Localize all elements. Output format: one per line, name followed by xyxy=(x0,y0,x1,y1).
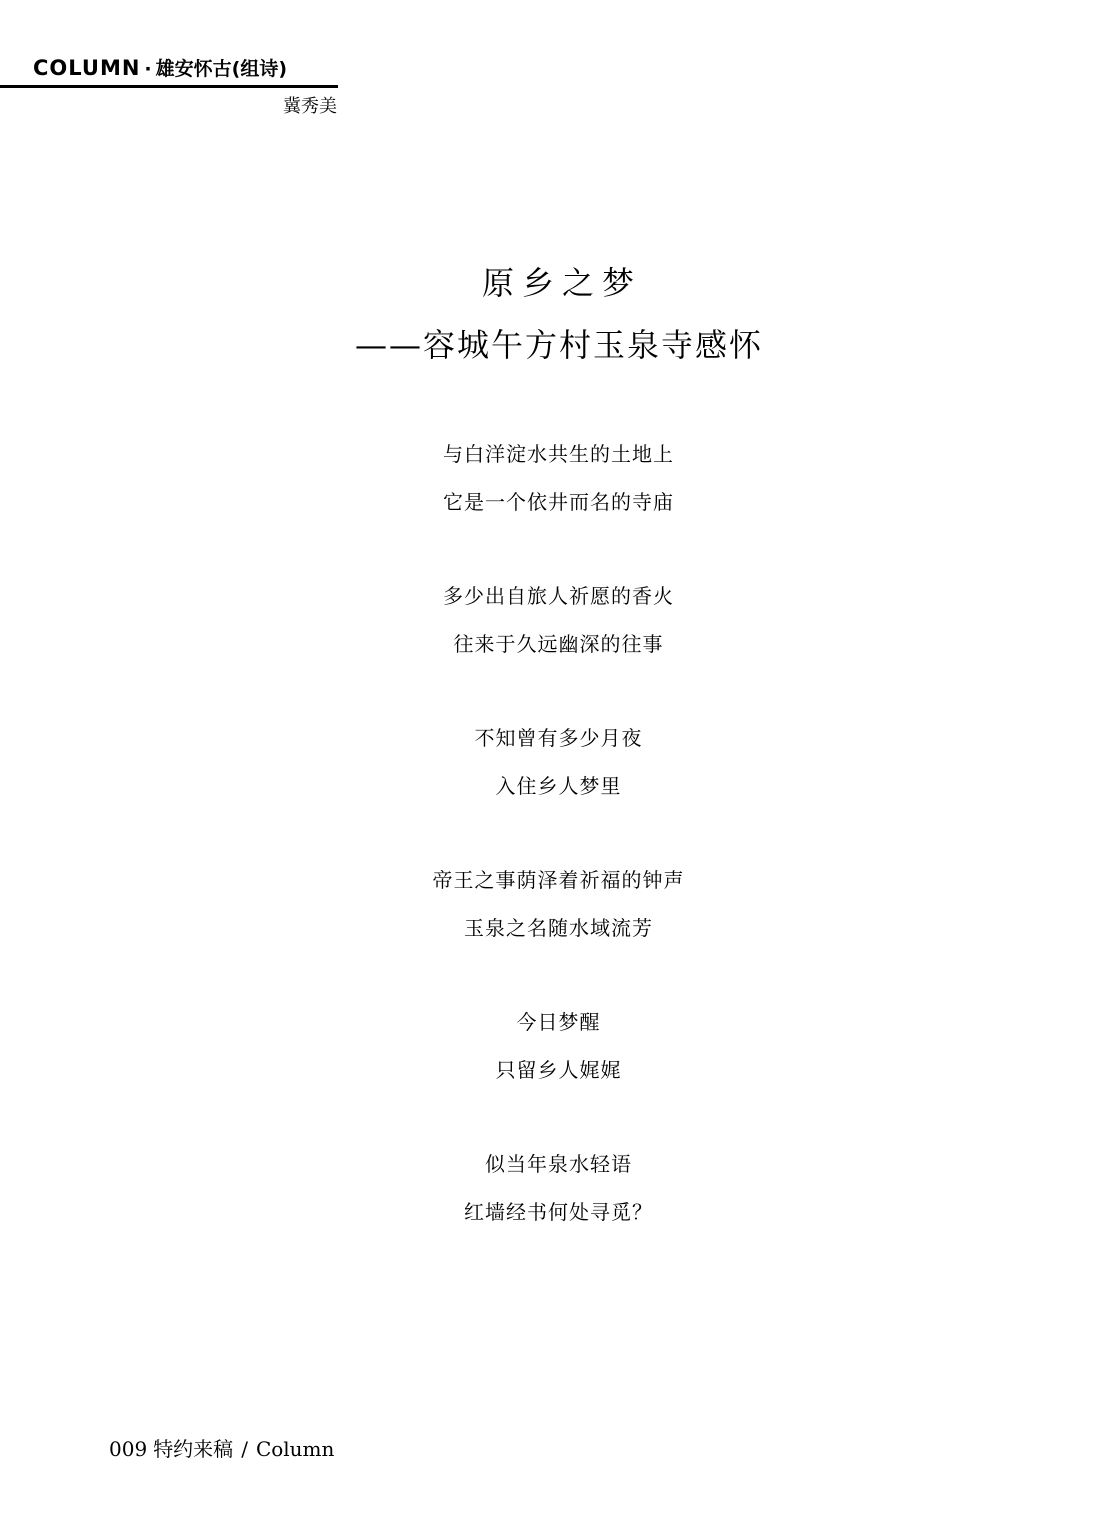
poem-line: 它是一个依井而名的寺庙 xyxy=(0,478,1116,526)
header-separator-dot: · xyxy=(144,58,151,80)
header-title-row: COLUMN·雄安怀古(组诗) xyxy=(0,55,338,83)
document-page: COLUMN·雄安怀古(组诗) 冀秀美 原乡之梦 ——容城午方村玉泉寺感怀 与白… xyxy=(0,0,1116,1515)
poem-stanza: 似当年泉水轻语 红墙经书何处寻觅？ xyxy=(0,1140,1116,1236)
poem-stanza: 不知曾有多少月夜 入住乡人梦里 xyxy=(0,714,1116,810)
poem-stanza: 今日梦醒 只留乡人娓娓 xyxy=(0,998,1116,1094)
poem-line: 不知曾有多少月夜 xyxy=(0,714,1116,762)
page-number: 009 xyxy=(109,1437,147,1461)
poem-line: 只留乡人娓娓 xyxy=(0,1046,1116,1094)
page-footer: 009特约来稿/Column xyxy=(109,1433,340,1462)
author-name: 冀秀美 xyxy=(0,88,338,118)
poem-line: 似当年泉水轻语 xyxy=(0,1140,1116,1188)
poem-stanza: 帝王之事荫泽着祈福的钟声 玉泉之名随水域流芳 xyxy=(0,856,1116,952)
column-label: COLUMN xyxy=(33,56,140,80)
poem-line: 玉泉之名随水域流芳 xyxy=(0,904,1116,952)
poem-line: 帝王之事荫泽着祈福的钟声 xyxy=(0,856,1116,904)
poem-line: 往来于久远幽深的往事 xyxy=(0,620,1116,668)
poem-subtitle: ——容城午方村玉泉寺感怀 xyxy=(0,327,1116,363)
poem-line: 入住乡人梦里 xyxy=(0,762,1116,810)
page-header: COLUMN·雄安怀古(组诗) 冀秀美 xyxy=(0,55,338,118)
poem-line: 今日梦醒 xyxy=(0,998,1116,1046)
footer-section-en: Column xyxy=(256,1437,334,1461)
footer-section: 特约来稿 xyxy=(153,1437,233,1461)
poem-body: 与白洋淀水共生的土地上 它是一个依井而名的寺庙 多少出自旅人祈愿的香火 往来于久… xyxy=(0,430,1116,1282)
series-title: 雄安怀古(组诗) xyxy=(156,58,287,80)
footer-separator: / xyxy=(241,1437,248,1461)
poem-title: 原乡之梦 xyxy=(0,266,1116,300)
poem-line: 多少出自旅人祈愿的香火 xyxy=(0,572,1116,620)
poem-stanza: 多少出自旅人祈愿的香火 往来于久远幽深的往事 xyxy=(0,572,1116,668)
poem-stanza: 与白洋淀水共生的土地上 它是一个依井而名的寺庙 xyxy=(0,430,1116,526)
poem-line: 红墙经书何处寻觅？ xyxy=(0,1188,1116,1236)
poem-line: 与白洋淀水共生的土地上 xyxy=(0,430,1116,478)
